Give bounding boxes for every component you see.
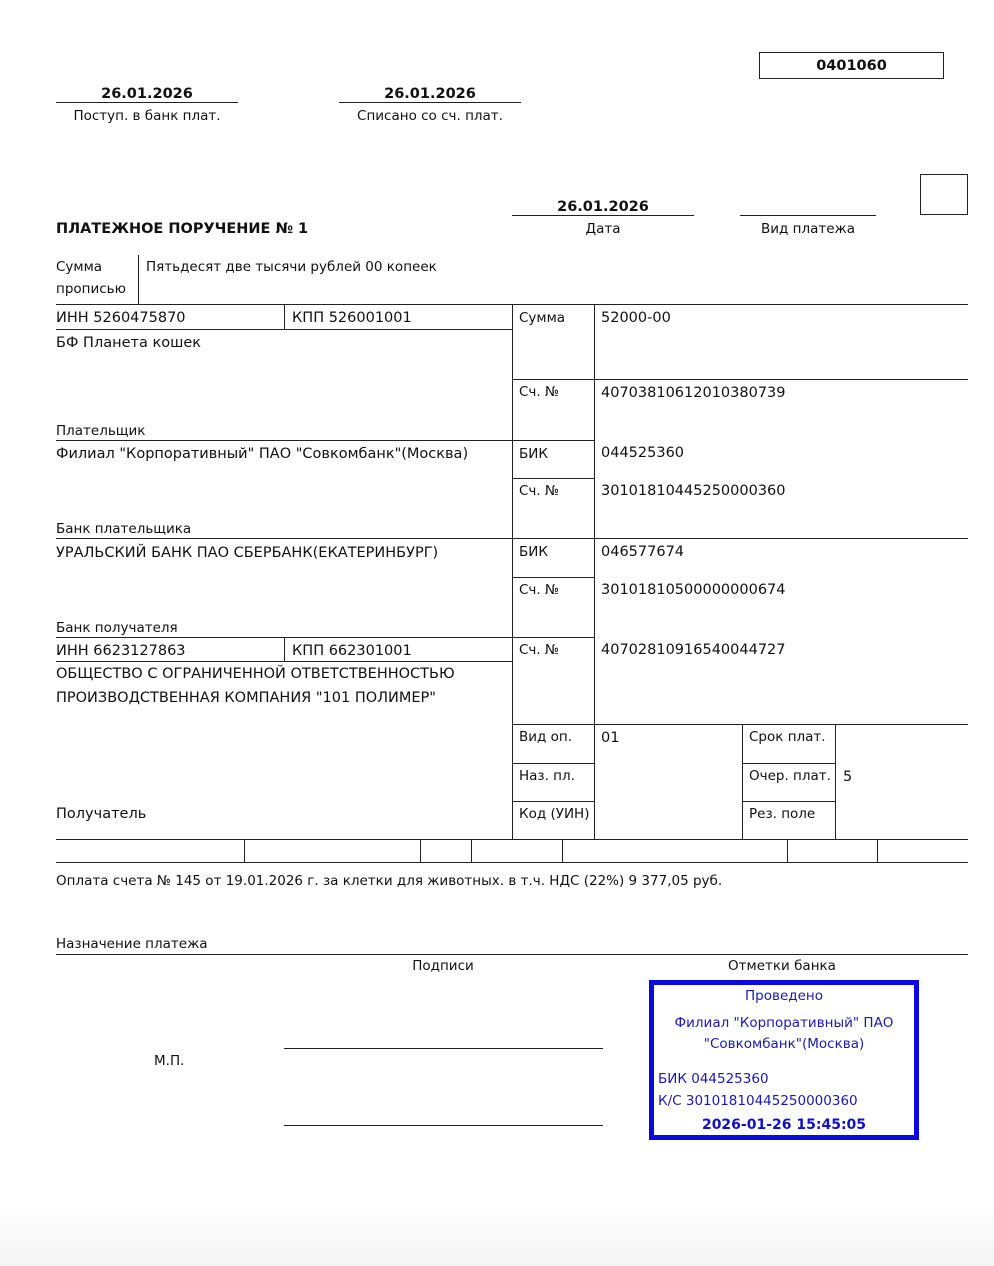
grid-line [284, 304, 285, 329]
debited-date-line [339, 102, 521, 103]
form-code: 0401060 [816, 58, 887, 74]
payee-kpp: КПП 662301001 [292, 643, 412, 659]
amount-words-value: Пятьдесят две тысячи рублей 00 копеек [146, 259, 437, 275]
amount-value: 52000-00 [601, 310, 671, 326]
amount-label: Сумма [519, 310, 565, 326]
grid-line [512, 801, 594, 802]
reserve-label: Рез. поле [749, 806, 815, 822]
op-type-value: 01 [601, 730, 619, 746]
stamp-bank-line-2: "Совкомбанк"(Москва) [654, 1036, 914, 1052]
uin-label: Код (УИН) [519, 806, 589, 822]
grid-line [835, 724, 836, 839]
payer-bank-corr-label: Сч. № [519, 483, 559, 499]
signatures-label: Подписи [363, 958, 523, 974]
payee-bank-bic-label: БИК [519, 544, 548, 560]
document-date-label: Дата [512, 221, 694, 237]
grid-line [56, 661, 512, 662]
purpose-line [56, 954, 968, 955]
grid-line [512, 724, 968, 725]
payment-type-line [740, 215, 876, 216]
payer-bank-label: Банк плательщика [56, 521, 191, 537]
priority-label: Очер. плат. [749, 768, 831, 784]
amount-words-label-2: прописью [56, 281, 126, 297]
stamp-corr-account: К/С 30101810445250000360 [658, 1093, 858, 1109]
signature-line-2[interactable] [284, 1125, 603, 1126]
priority-value: 5 [843, 769, 852, 785]
payee-bank-label: Банк получателя [56, 620, 178, 636]
stamp-status: Проведено [654, 988, 914, 1004]
payment-type-label: Вид платежа [720, 221, 896, 237]
payer-account-label: Сч. № [519, 384, 559, 400]
payee-bank-corr-value: 30101810500000000674 [601, 582, 786, 598]
payee-bank-name: УРАЛЬСКИЙ БАНК ПАО СБЕРБАНК(ЕКАТЕРИНБУРГ… [56, 545, 438, 561]
amount-words-label-1: Сумма [56, 259, 102, 275]
document-date-line [512, 215, 694, 216]
payer-account-value: 40703810612010380739 [601, 385, 786, 401]
payer-status-box[interactable] [920, 174, 968, 215]
payment-purpose-label: Назначение платежа [56, 936, 208, 952]
payer-bank-corr-value: 30101810445250000360 [601, 483, 786, 499]
grid-line [471, 839, 472, 862]
payment-purpose-text: Оплата счета № 145 от 19.01.2026 г. за к… [56, 873, 722, 889]
op-type-label: Вид оп. [519, 729, 572, 745]
purpose-code-label: Наз. пл. [519, 768, 575, 784]
grid-line [244, 839, 245, 862]
stamp-bank-line-1: Филиал "Корпоративный" ПАО [654, 1015, 914, 1031]
grid-line [512, 304, 513, 839]
bank-marks-label: Отметки банка [702, 958, 862, 974]
stamp-bic: БИК 044525360 [658, 1071, 769, 1087]
grid-line [512, 763, 594, 764]
document-title: ПЛАТЕЖНОЕ ПОРУЧЕНИЕ № 1 [56, 221, 308, 237]
grid-line [56, 839, 968, 840]
debited-label: Списано со сч. плат. [323, 108, 537, 124]
grid-line [56, 637, 594, 638]
grid-line [512, 577, 594, 578]
debited-date: 26.01.2026 [339, 86, 521, 102]
grid-line [56, 862, 968, 863]
grid-line [742, 763, 835, 764]
payee-account-value: 40702810916540044727 [601, 642, 786, 658]
received-label: Поступ. в банк плат. [40, 108, 254, 124]
payer-bank-bic-label: БИК [519, 446, 548, 462]
stamp-timestamp: 2026-01-26 15:45:05 [654, 1117, 914, 1133]
received-date: 26.01.2026 [56, 86, 238, 102]
grid-line [594, 304, 595, 839]
grid-line [56, 440, 594, 441]
grid-line [742, 801, 835, 802]
grid-line [512, 379, 968, 380]
payee-bank-bic-value: 046577674 [601, 544, 684, 560]
grid-line [787, 839, 788, 862]
payee-bank-corr-label: Сч. № [519, 582, 559, 598]
document-date: 26.01.2026 [512, 199, 694, 215]
payer-label: Плательщик [56, 423, 145, 439]
payer-inn: ИНН 5260475870 [56, 310, 186, 326]
grid-line [562, 839, 563, 862]
payee-inn: ИНН 6623127863 [56, 643, 186, 659]
payer-bank-bic-value: 044525360 [601, 445, 684, 461]
payer-kpp: КПП 526001001 [292, 310, 412, 326]
grid-line [284, 637, 285, 661]
payee-account-label: Сч. № [519, 642, 559, 658]
grid-line [512, 478, 594, 479]
form-code-box: 0401060 [759, 52, 944, 79]
payer-name: БФ Планета кошек [56, 335, 201, 351]
signature-line-1[interactable] [284, 1048, 603, 1049]
grid-line [877, 839, 878, 862]
bank-stamp: Проведено Филиал "Корпоративный" ПАО "Со… [649, 980, 919, 1140]
payer-bank-name: Филиал "Корпоративный" ПАО "Совкомбанк"(… [56, 446, 468, 462]
grid-line [56, 329, 512, 330]
payee-label: Получатель [56, 806, 146, 822]
received-date-line [56, 102, 238, 103]
payee-name-line-1: ОБЩЕСТВО С ОГРАНИЧЕННОЙ ОТВЕТСТВЕННОСТЬЮ [56, 666, 455, 682]
amount-words-divider [138, 255, 139, 305]
grid-line [420, 839, 421, 862]
payee-name-line-2: ПРОИЗВОДСТВЕННАЯ КОМПАНИЯ "101 ПОЛИМЕР" [56, 690, 436, 706]
stamp-place-label: М.П. [154, 1053, 184, 1069]
grid-line [742, 724, 743, 839]
term-label: Срок плат. [749, 729, 826, 745]
